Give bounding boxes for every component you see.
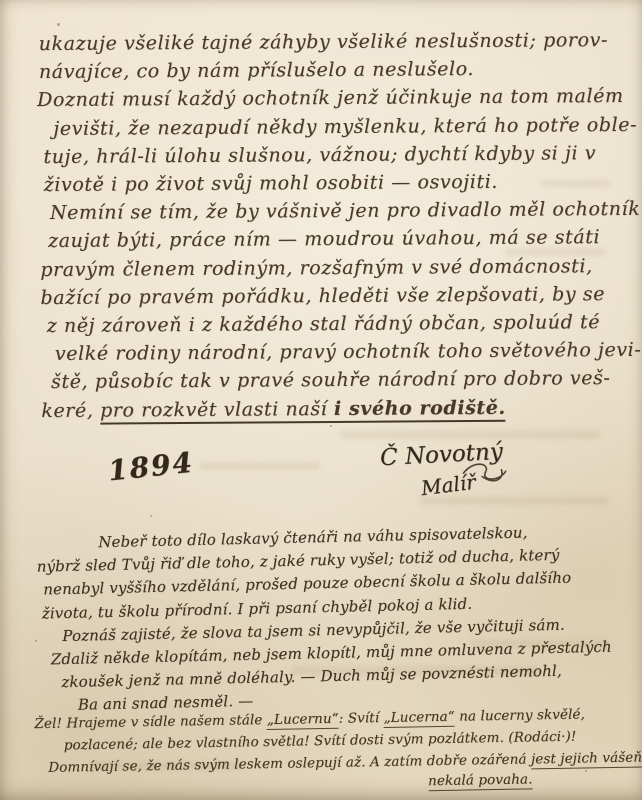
- bleedthrough-mark: [420, 496, 610, 505]
- manuscript-line: zaujat býti, práce ním — moudrou úvahou,…: [48, 223, 624, 255]
- underlined-phrase: jest jejich vášeň,: [531, 749, 642, 769]
- bleedthrough-mark: [340, 430, 600, 439]
- bleedthrough-mark: [200, 462, 320, 470]
- manuscript-line: pravým členem rodiným, rozšafným v své d…: [40, 252, 624, 284]
- manuscript-line: ště, působíc tak v pravé souhře národní …: [51, 364, 625, 396]
- line-segment: keré,: [41, 399, 100, 421]
- underlined-phrase-bold: i svého rodiště.: [334, 396, 506, 422]
- underlined-phrase: pro rozkvět vlasti naší: [100, 398, 334, 425]
- ink-speck: [57, 23, 60, 26]
- underlined-phrase: nekalá povaha.: [428, 771, 533, 791]
- line-segment: Žel! Hrajeme v sídle našem stále: [34, 712, 267, 732]
- manuscript-line: Doznati musí každý ochotník jenž účinkuj…: [37, 82, 623, 114]
- manuscript-line: návajíce, co by nám příslušelo a nesluše…: [39, 54, 623, 86]
- manuscript-line: bažící po pravém pořádku, hleděti vše zl…: [40, 280, 624, 312]
- manuscript-line: ukazuje všeliké tajné záhyby všeliké nes…: [39, 26, 623, 58]
- manuscript-line: tuje, hrál-li úlohu slušnou, vážnou; dyc…: [43, 139, 623, 171]
- line-segment: : Svítí: [339, 710, 384, 727]
- manuscript-line: velké rodiny národní, pravý ochotník toh…: [55, 336, 625, 368]
- ink-speck: [330, 425, 332, 427]
- manuscript-line: z něj zároveň i z každého stal řádný obč…: [47, 308, 625, 340]
- note-text-block: Nebeř toto dílo laskavý čtenáři na váhu …: [34, 519, 624, 718]
- manuscript-line: Nemíní se tím, že by vášnivě jen pro div…: [50, 195, 624, 227]
- line-segment: na lucerny skvělé,: [455, 706, 585, 724]
- main-text-block: ukazuje všeliké tajné záhyby všeliké nes…: [37, 26, 626, 425]
- postscript-block: Žel! Hrajeme v sídle našem stále „Lucern…: [29, 703, 620, 799]
- manuscript-line: jevišti, že nezapudí někdy myšlenku, kte…: [53, 111, 623, 143]
- year-label: 1894: [107, 446, 196, 488]
- manuscript-page: ukazuje všeliké tajné záhyby všeliké nes…: [0, 0, 642, 800]
- manuscript-line: životě i po život svůj mohl osobiti — os…: [44, 167, 624, 199]
- manuscript-line: keré, pro rozkvět vlasti naší i svého ro…: [41, 393, 625, 425]
- underlined-word: „Lucerna“: [383, 709, 455, 728]
- ink-speck: [150, 515, 152, 517]
- underlined-word: „Lucernu“: [267, 711, 339, 730]
